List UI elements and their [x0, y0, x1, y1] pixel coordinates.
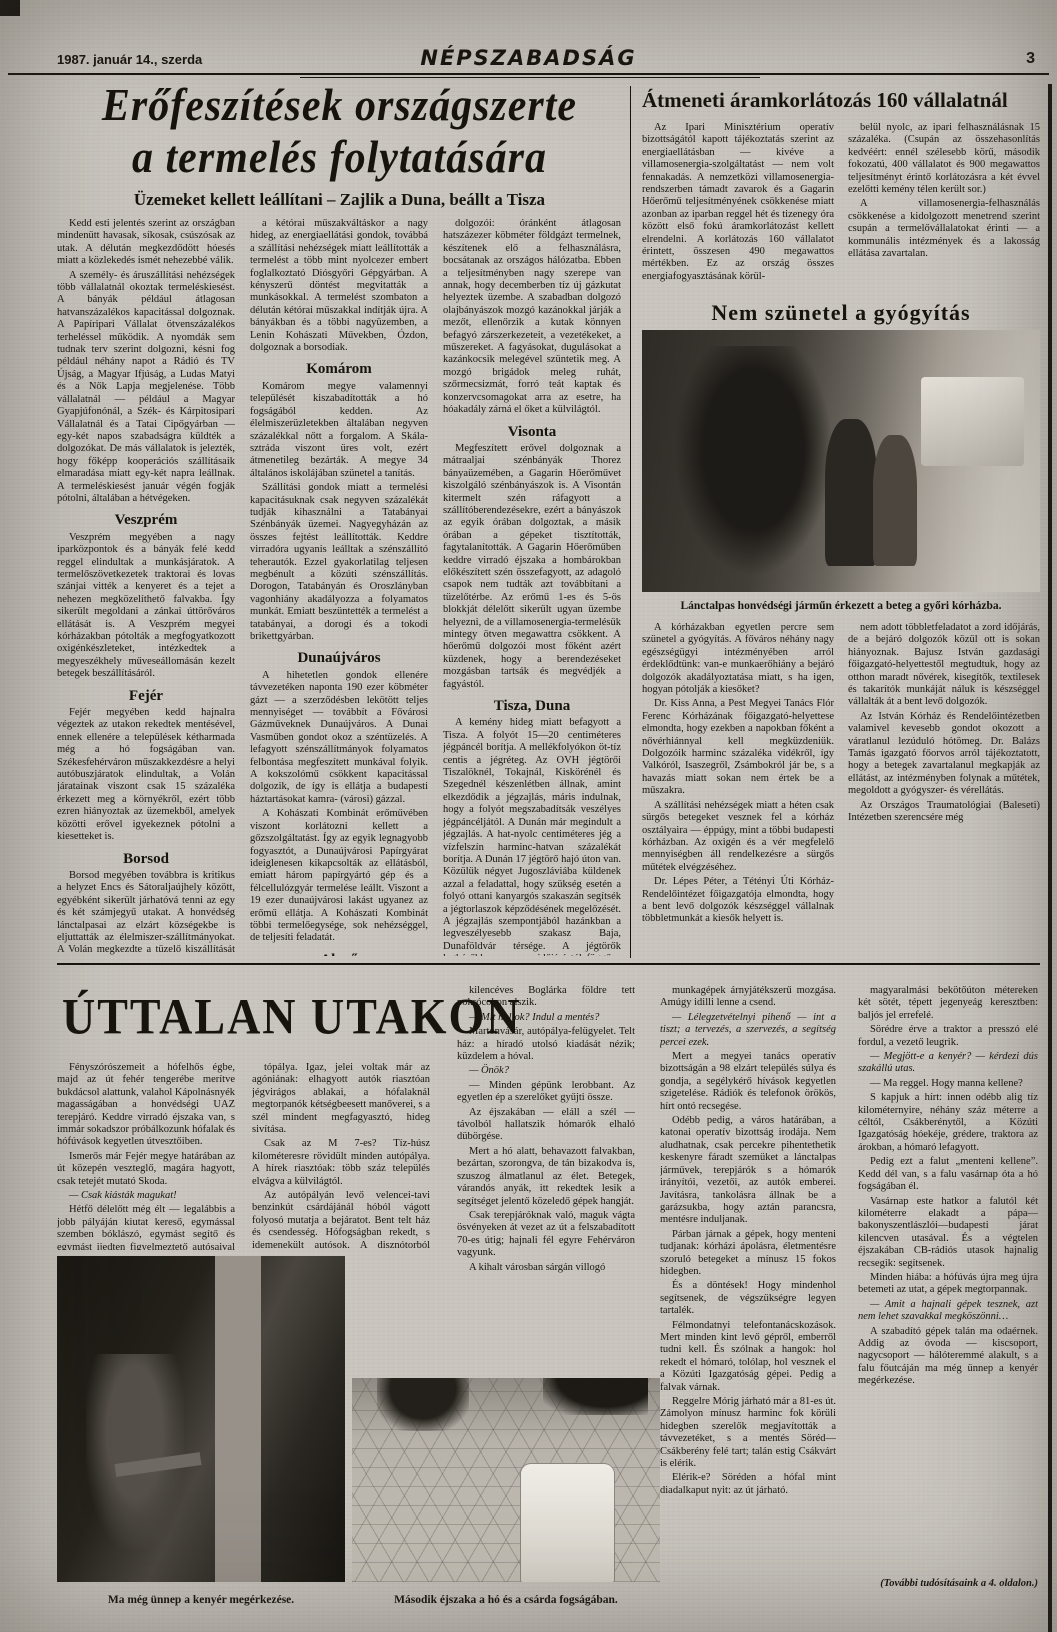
scan-smudge-top-left	[0, 0, 20, 16]
paragraph: Reggelre Mórig járható már a 81-es út. Z…	[660, 1396, 836, 1470]
paragraph: És a döntések! Hogy mindenhol segítsenek…	[660, 1280, 836, 1317]
paragraph: Az éjszakában — eláll a szél — távolból …	[457, 1107, 635, 1144]
photo-shape-figure	[86, 1354, 184, 1550]
photo-shape-vehicle-interior	[674, 346, 833, 577]
paragraph: Hétfő délelőtt még élt — legalábbis a jo…	[57, 1204, 235, 1250]
lead-column-1: Kedd esti jelentés szerint az országban …	[57, 218, 235, 956]
paragraph: a kétórai műszakváltáskor a nagy hideg, …	[250, 218, 428, 354]
roadless-column-2: tópálya. Igaz, jelei voltak már az agóni…	[252, 1062, 430, 1250]
healing-headline: Nem szünetel a gyógyítás	[642, 300, 1040, 326]
photo-hospital-caption: Lánctalpas honvédségi járműn érkezett a …	[642, 600, 1040, 612]
section-subhead: Tisza, Duna	[443, 700, 621, 712]
paragraph: Megfeszített erővel dolgoznak a mátraalj…	[443, 443, 621, 691]
photo-shape-chair	[521, 1464, 613, 1582]
lead-subhead: Üzemeket kellett leállítani – Zajlik a D…	[57, 190, 622, 210]
footer-note: (További tudósításaink a 4. oldalon.)	[858, 1578, 1038, 1589]
paragraph: Odébb pedig, a város határában, a katona…	[660, 1115, 836, 1227]
paragraph: S kapjuk a hírt: innen odébb alig tíz ki…	[858, 1092, 1038, 1154]
paragraph: Dr. Lépes Péter, a Tétényi Úti Kórház-Re…	[642, 876, 834, 926]
paragraph: nem adott többletfeladatot a zord időjár…	[848, 622, 1040, 709]
section-subhead: Komárom	[250, 363, 428, 375]
paragraph: Az István Kórház és Rendelőintézetben va…	[848, 711, 1040, 798]
paragraph: Mert a megyei tanács operatív bizottságá…	[660, 1051, 836, 1113]
photo-csarda-floor	[352, 1378, 660, 1582]
paragraph: Borsod megyében továbbra is kritikus a h…	[57, 870, 235, 956]
paragraph: A kihalt városban sárgán villogó	[457, 1262, 635, 1274]
paragraph-italic: — Megjött-e a kenyér? — kérdezi dús szak…	[858, 1051, 1038, 1076]
paragraph: A szabadító gépek talán ma odaérnek. Add…	[858, 1326, 1038, 1388]
paragraph: A kórházakban egyetlen percre sem szünet…	[642, 622, 834, 696]
photo-shape-dark-figure	[377, 1378, 469, 1431]
paragraph: Martonvásár, autópálya-felügyelet. Telt …	[457, 1026, 635, 1063]
paragraph: Szállítási gondok miatt a termelési kapa…	[250, 482, 428, 643]
column-divider-rule	[630, 86, 631, 958]
paragraph: Kedd esti jelentés szerint az országban …	[57, 218, 235, 268]
roadless-column-1: Fényszórószemeit a hófelhős égbe, majd a…	[57, 1062, 235, 1250]
paragraph: Veszprém megyében a nagy iparközpontok é…	[57, 532, 235, 681]
paragraph: A villamosenergia-felhasználás csökkenés…	[848, 198, 1040, 260]
paragraph-italic: — Csak kiásták magukat!	[57, 1190, 235, 1202]
photo-shape-table-legs	[543, 1378, 648, 1415]
power-column-1: Az Ipari Minisztérium operatív bizottság…	[642, 122, 834, 310]
healing-column-1: A kórházakban egyetlen percre sem szünet…	[642, 622, 834, 956]
photo-hospital-arrival	[642, 330, 1040, 592]
paragraph: A személy- és áruszállítási nehézségek t…	[57, 270, 235, 506]
header-rule	[8, 73, 1049, 75]
paragraph: Mert a hó alatt, behavazott falvakban, b…	[457, 1146, 635, 1208]
paragraph: — Ma reggel. Hogy manna kellene?	[858, 1078, 1038, 1090]
photo-shape-figure-2	[873, 435, 917, 566]
lead-headline: Erőfeszítések országszerte a termelés fo…	[57, 80, 622, 184]
section-subhead: Dunaújváros	[250, 652, 428, 664]
paragraph: tópálya. Igaz, jelei voltak már az agóni…	[252, 1062, 430, 1136]
paragraph: munkagépek árnyjátékszerű mozgása. Amúgy…	[660, 985, 836, 1010]
paragraph: Ismerős már Fejér megye határában az út …	[57, 1151, 235, 1188]
masthead: NÉPSZABADSÁG	[0, 46, 1057, 70]
paragraph: A szállítási nehézségek miatt a héten cs…	[642, 800, 834, 874]
section-subhead: Visonta	[443, 426, 621, 438]
photo-shape-snowbank	[921, 377, 1024, 466]
paragraph: Vasárnap este hatkor a falutól két kilom…	[858, 1196, 1038, 1270]
paragraph: A kemény hideg miatt befagyott a Tisza. …	[443, 717, 621, 956]
paragraph: Félmondatnyi telefontanácskozások. Mert …	[660, 1320, 836, 1394]
paragraph: Az autópályán levő velencei-tavi benzink…	[252, 1190, 430, 1250]
caption-bread: Ma még ünnep a kenyér megérkezése.	[57, 1594, 345, 1606]
paragraph: Sörédre érve a traktor a presszó elé for…	[858, 1024, 1038, 1049]
caption-csarda: Második éjszaka a hó és a csárda fogságá…	[352, 1594, 660, 1606]
paragraph-italic: — Amit a hajnali gépek tesznek, azt nem …	[858, 1299, 1038, 1324]
roadless-column-3: kilencéves Boglárka földre tett pokrócok…	[457, 985, 635, 1373]
power-headline: Átmeneti áramkorlátozás 160 vállalatnál	[642, 88, 1040, 112]
paragraph: Fejér megyében kedd hajnalra végeztek az…	[57, 707, 235, 843]
newspaper-page: 1987. január 14., szerda NÉPSZABADSÁG 3 …	[0, 0, 1057, 1632]
paragraph: Elérik-e? Söréden a hófal mint diadalkap…	[660, 1472, 836, 1497]
paragraph: Párban járnak a gépek, hogy menteni tudj…	[660, 1229, 836, 1279]
section-subhead: Veszprém	[57, 514, 235, 526]
section-subhead: Borsod	[57, 853, 235, 865]
roadless-column-4: munkagépek árnyjátékszerű mozgása. Amúgy…	[660, 985, 836, 1605]
paragraph: A Kohászati Kombinát erőművében viszont …	[250, 808, 428, 944]
paragraph: Csak az M 7-es? Tíz-húsz kilométeresre r…	[252, 1138, 430, 1188]
paragraph: A hihetetlen gondok ellenére távvezetéke…	[250, 670, 428, 806]
section-rule	[57, 963, 1040, 965]
page-number: 3	[1026, 50, 1035, 68]
paragraph: Pedig ezt a falut „menteni kellene”. Ked…	[858, 1156, 1038, 1193]
paragraph: Komárom megye valamennyi települését kis…	[250, 381, 428, 480]
paragraph: Minden hiába: a hófúvás újra meg újra be…	[858, 1272, 1038, 1297]
paragraph: Dr. Kiss Anna, a Pest Megyei Tanács Flór…	[642, 698, 834, 797]
roadless-column-5: magyaralmási bekötőúton métereken két sö…	[858, 985, 1038, 1570]
lead-column-2: a kétórai műszakváltáskor a nagy hideg, …	[250, 218, 428, 956]
lead-headline-line2: a termelés folytatására	[57, 132, 622, 184]
scan-edge-right	[1048, 84, 1052, 1632]
photo-shape-doorpost	[215, 1256, 261, 1582]
paragraph: magyaralmási bekötőúton métereken két sö…	[858, 985, 1038, 1022]
header-rule-accent	[300, 77, 760, 78]
lead-column-3: dolgozói: óránként átlagosan hatszázezer…	[443, 218, 621, 956]
paragraph: Fényszórószemeit a hófelhős égbe, majd a…	[57, 1062, 235, 1149]
paragraph: belül nyolc, az ipari felhasználásnak 15…	[848, 122, 1040, 196]
roadless-headline: ÚTTALAN UTAKON	[62, 987, 462, 1045]
paragraph: Az Országos Traumatológiai (Baleseti) In…	[848, 800, 1040, 825]
section-subhead: Fejér	[57, 690, 235, 702]
paragraph: kilencéves Boglárka földre tett pokrócok…	[457, 985, 635, 1010]
paragraph: Az Ipari Minisztérium operatív bizottság…	[642, 122, 834, 283]
photo-shape-figure-1	[825, 419, 877, 566]
paragraph-italic: — Önök?	[457, 1065, 635, 1077]
paragraph-italic: — Lélegzetvételnyi pihenő — int a tiszt;…	[660, 1012, 836, 1049]
paragraph-italic: — Mit hallok? Indul a mentés?	[457, 1012, 635, 1024]
paragraph: — Minden gépünk lerobbant. Az egyetlen é…	[457, 1080, 635, 1105]
healing-column-2: nem adott többletfeladatot a zord időjár…	[848, 622, 1040, 956]
paragraph: dolgozói: óránként átlagosan hatszázezer…	[443, 218, 621, 417]
photo-bread-arrival	[57, 1256, 345, 1582]
lead-headline-line1: Erőfeszítések országszerte	[57, 80, 622, 132]
section-subhead: Algyő	[250, 954, 428, 956]
power-column-2: belül nyolc, az ipari felhasználásnak 15…	[848, 122, 1040, 310]
paragraph: Csak terepjáróknak való, maguk vágta ösv…	[457, 1210, 635, 1260]
